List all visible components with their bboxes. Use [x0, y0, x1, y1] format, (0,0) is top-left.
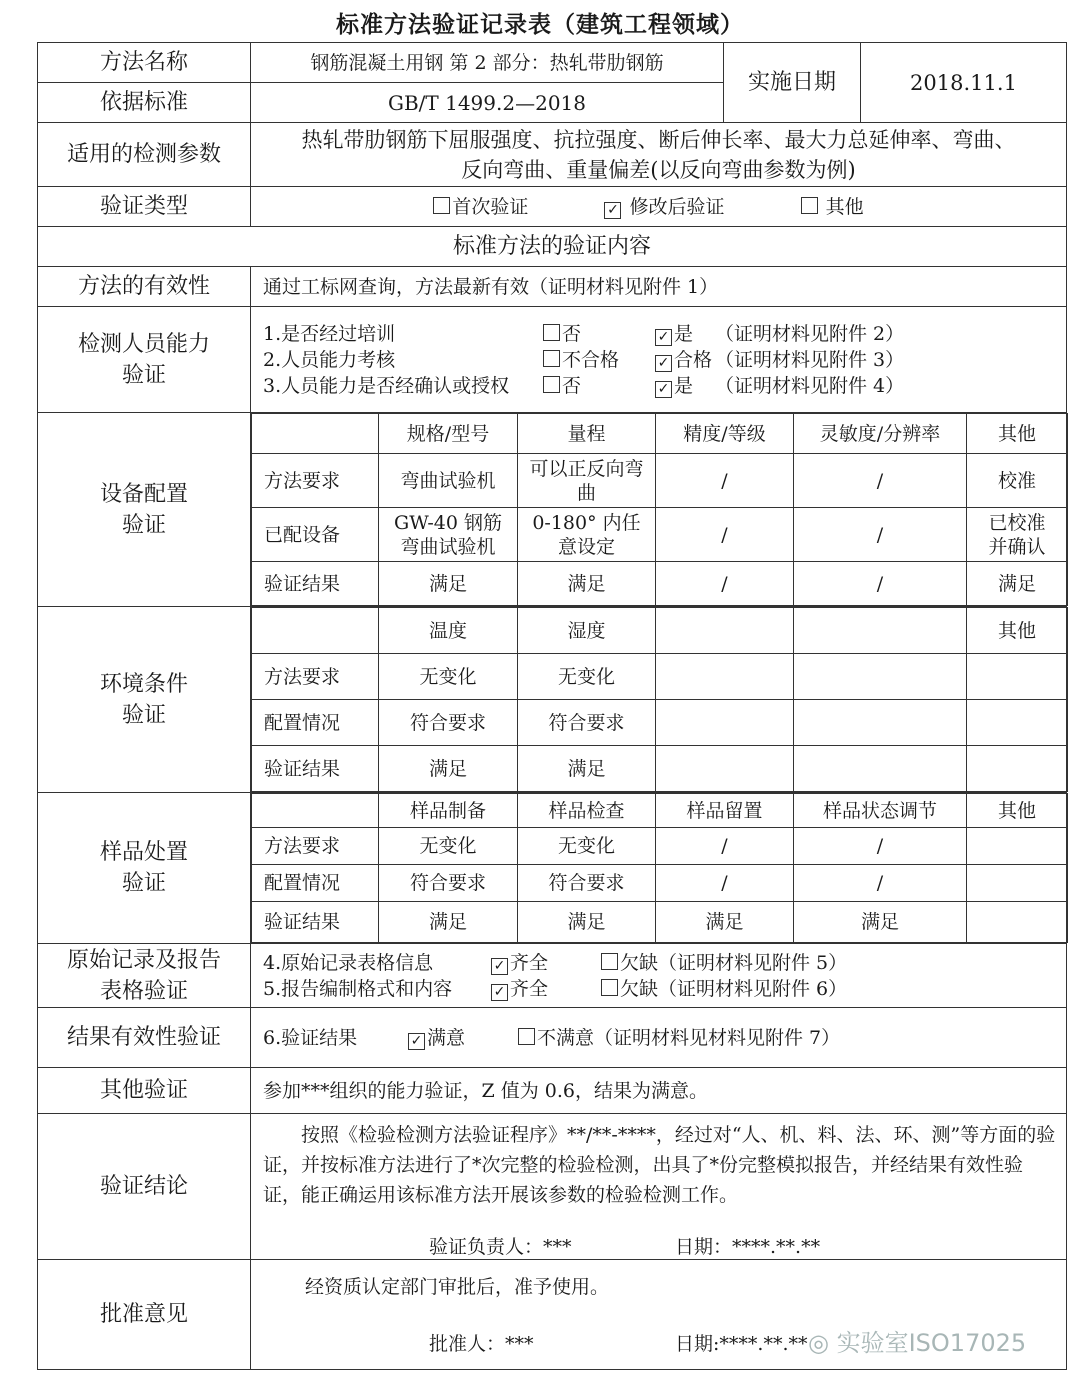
- sample-grid-cell: 样品制备 样品检查 样品留置 样品状态调节 其他 方法要求 无变化 无变化 / …: [251, 793, 1067, 944]
- personnel-item-1: 1.是否经过培训否✓是（证明材料见附件 2）: [263, 321, 1066, 347]
- personnel-items: 1.是否经过培训否✓是（证明材料见附件 2） 2.人员能力考核不合格✓合格（证明…: [251, 307, 1067, 413]
- environment-grid-cell: 温度 湿度 其他 方法要求 无变化 无变化 配置情况 符合要求: [251, 607, 1067, 793]
- params-line-1: 热轧带肋钢筋下屈服强度、抗拉强度、断后伸长率、最大力总延伸率、弯曲、: [251, 125, 1066, 155]
- method-name-value: 钢筋混凝土用钢 第 2 部分：热轧带肋钢筋: [251, 43, 724, 83]
- environment-grid: 温度 湿度 其他 方法要求 无变化 无变化 配置情况 符合要求: [251, 607, 1068, 792]
- personnel-item-2: 2.人员能力考核不合格✓合格（证明材料见附件 3）: [263, 347, 1066, 373]
- params-value: 热轧带肋钢筋下屈服强度、抗拉强度、断后伸长率、最大力总延伸率、弯曲、 反向弯曲、…: [251, 123, 1067, 187]
- approval-date: 日期:****.**.**: [675, 1333, 807, 1355]
- checkbox-checked-icon[interactable]: ✓: [408, 1033, 425, 1050]
- approval-text: 经资质认定部门审批后，准予使用。: [251, 1260, 1066, 1299]
- option-satisfied[interactable]: ✓满意: [408, 1025, 518, 1051]
- personnel-label: 检测人员能力 验证: [38, 307, 251, 413]
- records-item-5: 5.报告编制格式和内容✓齐全欠缺（证明材料见附件 6）: [263, 976, 1066, 1002]
- table-row: 方法要求 无变化 无变化: [252, 654, 1068, 700]
- option-no[interactable]: 否: [543, 321, 655, 347]
- table-row: 验证结果 满足 满足: [252, 746, 1068, 792]
- checkbox-checked-icon[interactable]: ✓: [655, 329, 672, 346]
- checkbox-checked-icon[interactable]: ✓: [491, 958, 508, 975]
- option-missing[interactable]: 欠缺: [601, 952, 658, 974]
- checkbox-unchecked-icon[interactable]: [518, 1028, 535, 1045]
- wechat-icon: ◎: [808, 1329, 829, 1357]
- checkbox-checked-icon[interactable]: ✓: [604, 202, 621, 219]
- params-label: 适用的检测参数: [38, 123, 251, 187]
- impl-date-label: 实施日期: [724, 43, 861, 123]
- result-validity-label: 结果有效性验证: [38, 1008, 251, 1068]
- sample-label: 样品处置 验证: [38, 793, 251, 944]
- conclusion-responsible: 验证负责人：***: [429, 1232, 675, 1259]
- verify-type-label: 验证类型: [38, 187, 251, 227]
- params-line-2: 反向弯曲、重量偏差(以反向弯曲参数为例): [251, 155, 1066, 185]
- other-verify-text: 参加***组织的能力验证，Z 值为 0.6，结果为满意。: [251, 1068, 1067, 1114]
- option-complete[interactable]: ✓齐全: [491, 976, 601, 1002]
- table-row: 验证结果 满足 满足 满足 满足: [252, 902, 1068, 943]
- approval-label: 批准意见: [38, 1260, 251, 1370]
- option-no[interactable]: 否: [543, 373, 655, 399]
- table-row: 方法要求 无变化 无变化 / /: [252, 828, 1068, 865]
- conclusion-signature: 验证负责人：***日期：****.**.**: [251, 1232, 1066, 1259]
- checkbox-unchecked-icon[interactable]: [601, 979, 618, 996]
- validity-label: 方法的有效性: [38, 267, 251, 307]
- records-items: 4.原始记录表格信息✓齐全欠缺（证明材料见附件 5） 5.报告编制格式和内容✓齐…: [251, 944, 1067, 1008]
- sample-grid: 样品制备 样品检查 样品留置 样品状态调节 其他 方法要求 无变化 无变化 / …: [251, 793, 1068, 943]
- equipment-header-row: 规格/型号 量程 精度/等级 灵敏度/分辨率 其他: [252, 414, 1068, 454]
- option-other[interactable]: 其他: [801, 196, 864, 218]
- approver: 批准人：***: [429, 1329, 675, 1356]
- method-name-label: 方法名称: [38, 43, 251, 83]
- option-pass[interactable]: ✓合格: [655, 347, 715, 373]
- conclusion-date: 日期：****.**.**: [675, 1236, 820, 1258]
- checkbox-unchecked-icon[interactable]: [801, 197, 818, 214]
- sample-header-row: 样品制备 样品检查 样品留置 样品状态调节 其他: [252, 794, 1068, 828]
- records-item-4: 4.原始记录表格信息✓齐全欠缺（证明材料见附件 5）: [263, 950, 1066, 976]
- other-verify-label: 其他验证: [38, 1068, 251, 1114]
- conclusion-label: 验证结论: [38, 1114, 251, 1260]
- page-title: 标准方法验证记录表（建筑工程领域）: [0, 6, 1080, 39]
- equipment-grid-cell: 规格/型号 量程 精度/等级 灵敏度/分辨率 其他 方法要求 弯曲试验机 可以正…: [251, 413, 1067, 607]
- table-row: 方法要求 弯曲试验机 可以正反向弯曲 / / 校准: [252, 454, 1068, 508]
- table-row: 已配设备 GW-40 钢筋弯曲试验机 0-180° 内任意设定 / / 已校准并…: [252, 508, 1068, 562]
- personnel-item-3: 3.人员能力是否经确认或授权否✓是（证明材料见附件 4）: [263, 373, 1066, 399]
- checkbox-unchecked-icon[interactable]: [601, 953, 618, 970]
- option-yes[interactable]: ✓是: [655, 373, 715, 399]
- checkbox-checked-icon[interactable]: ✓: [655, 355, 672, 372]
- records-label: 原始记录及报告 表格验证: [38, 944, 251, 1008]
- option-first-verify[interactable]: 首次验证: [433, 196, 528, 218]
- option-fail[interactable]: 不合格: [543, 347, 655, 373]
- option-unsatisfied[interactable]: 不满意: [518, 1027, 594, 1049]
- environment-header-row: 温度 湿度 其他: [252, 608, 1068, 654]
- basis-label: 依据标准: [38, 83, 251, 123]
- section-title: 标准方法的验证内容: [38, 227, 1067, 267]
- option-yes[interactable]: ✓是: [655, 321, 715, 347]
- conclusion-paragraph: 按照《检验检测方法验证程序》**/**-****，经过对“人、机、料、法、环、测…: [251, 1114, 1066, 1210]
- checkbox-unchecked-icon[interactable]: [543, 324, 560, 341]
- conclusion-cell: 按照《检验检测方法验证程序》**/**-****，经过对“人、机、料、法、环、测…: [251, 1114, 1067, 1260]
- table-row: 配置情况 符合要求 符合要求: [252, 700, 1068, 746]
- equipment-label: 设备配置 验证: [38, 413, 251, 607]
- verify-type-options: 首次验证 ✓ 修改后验证 其他: [251, 187, 1067, 227]
- option-modified-verify[interactable]: ✓ 修改后验证: [604, 196, 724, 218]
- table-row: 验证结果 满足 满足 / / 满足: [252, 562, 1068, 606]
- verification-record-table: 方法名称 钢筋混凝土用钢 第 2 部分：热轧带肋钢筋 实施日期 2018.11.…: [37, 42, 1067, 1370]
- checkbox-unchecked-icon[interactable]: [543, 350, 560, 367]
- basis-value: GB/T 1499.2—2018: [251, 83, 724, 123]
- environment-label: 环境条件 验证: [38, 607, 251, 793]
- checkbox-unchecked-icon[interactable]: [543, 376, 560, 393]
- impl-date-value: 2018.11.1: [861, 43, 1067, 123]
- checkbox-unchecked-icon[interactable]: [433, 197, 450, 214]
- result-validity-line: 6.验证结果✓满意不满意（证明材料见材料见附件 7）: [251, 1008, 1067, 1068]
- checkbox-checked-icon[interactable]: ✓: [655, 381, 672, 398]
- watermark: ◎ 实验室ISO17025: [808, 1323, 1026, 1358]
- table-row: 配置情况 符合要求 符合要求 / /: [252, 865, 1068, 902]
- checkbox-checked-icon[interactable]: ✓: [491, 984, 508, 1001]
- option-missing[interactable]: 欠缺: [601, 978, 658, 1000]
- equipment-grid: 规格/型号 量程 精度/等级 灵敏度/分辨率 其他 方法要求 弯曲试验机 可以正…: [251, 413, 1068, 606]
- validity-text: 通过工标网查询，方法最新有效（证明材料见附件 1）: [251, 267, 1067, 307]
- option-complete[interactable]: ✓齐全: [491, 950, 601, 976]
